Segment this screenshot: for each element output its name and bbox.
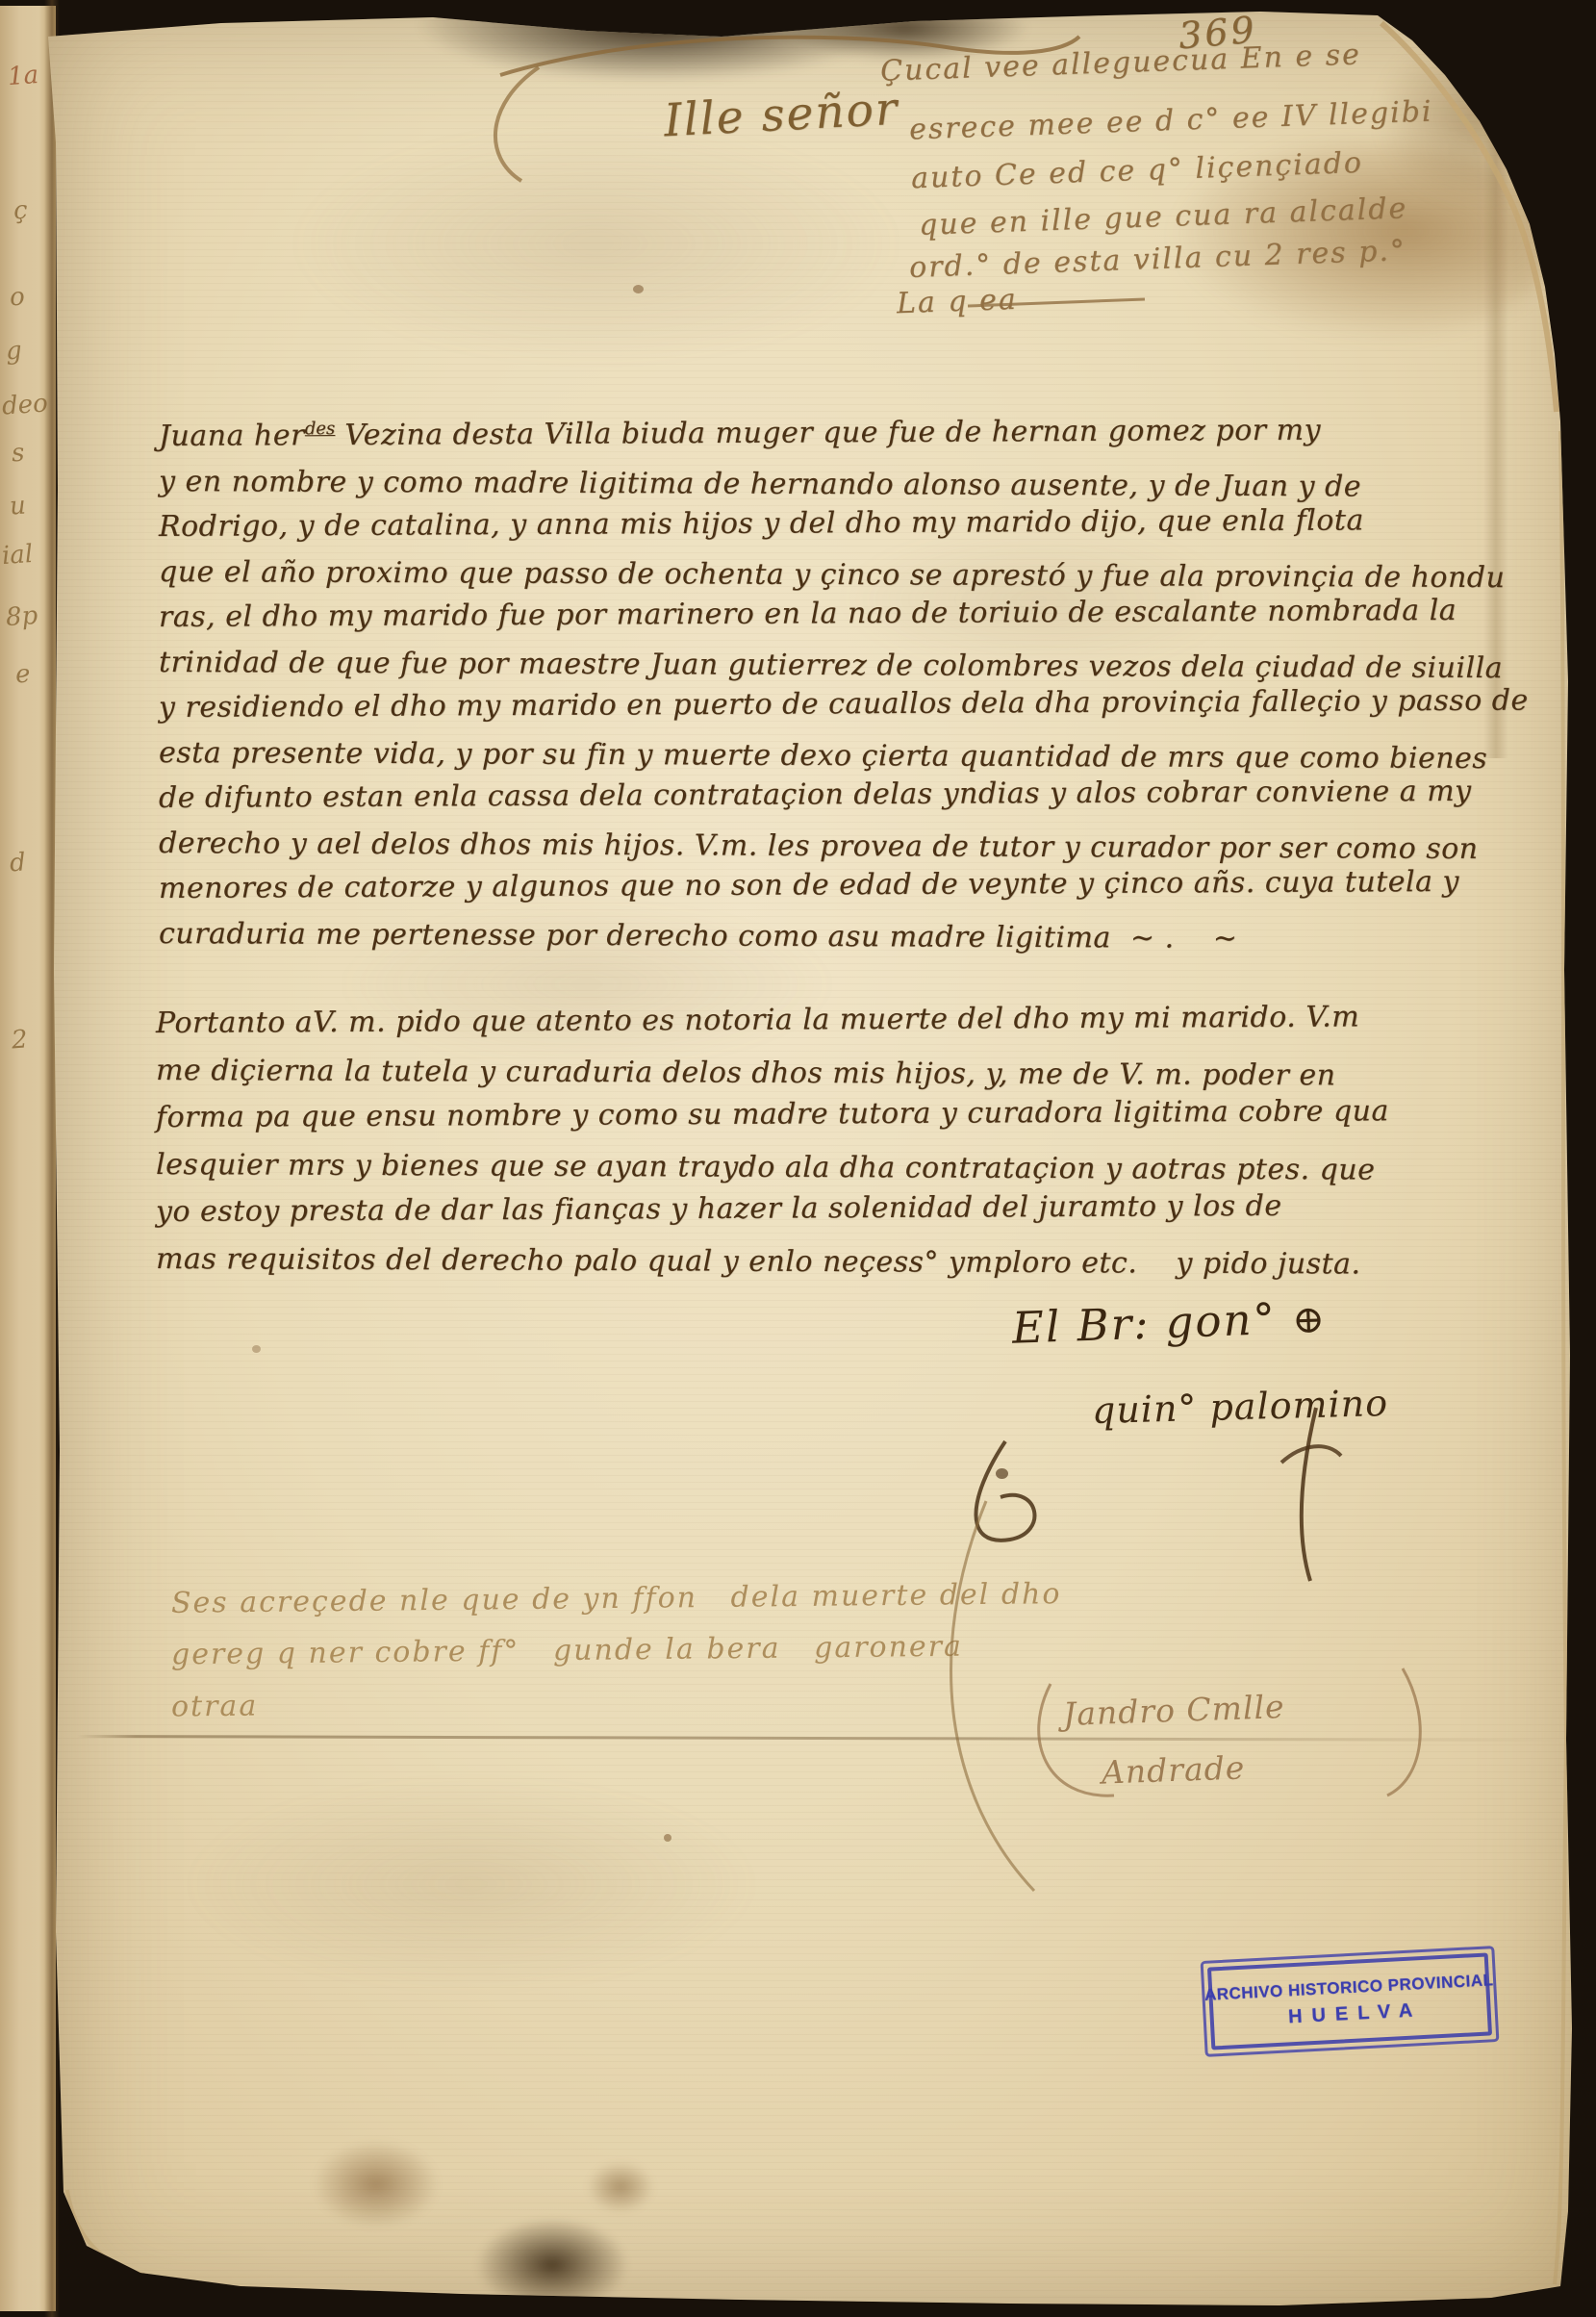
ink-spot — [252, 1345, 261, 1353]
text-line: y residiendo el dho my marido en puerto … — [159, 684, 1529, 736]
text-line: yo estoy presta de dar las fianças y haz… — [156, 1188, 1389, 1242]
stain — [587, 2161, 654, 2213]
header-annotation-line: esrece mee ee d c° ee IV llegibi — [909, 95, 1433, 147]
text-line: forma pa que ensu nombre y como su madre… — [156, 1094, 1389, 1148]
archive-stamp: ARCHIVO HISTORICO PROVINCIAL HUELVA — [1201, 1946, 1500, 2057]
margin-ink-fragment: d — [9, 848, 27, 878]
header-annotation-line: ord.° de esta villa cu 2 res p.° — [909, 234, 1407, 285]
petition-paragraph-2: Portanto aV. m. pido que atento es notor… — [156, 1006, 1389, 1289]
margin-ink-fragment: o — [9, 282, 26, 312]
notary-signature-secondary: quin° palomino — [1091, 1382, 1388, 1432]
stamp-city-name: HUELVA — [1279, 1999, 1423, 2029]
superscript-abbreviation: des — [305, 419, 336, 439]
text-line: ras, el dho my marido fue por marinero e… — [159, 594, 1529, 646]
text-line: menores de catorze y algunos que no son … — [159, 865, 1529, 917]
ink-bleedthrough — [183, 1778, 760, 1990]
stain — [313, 2140, 440, 2228]
manuscript-page: 369 Ille señor Çucal vee alleguecua En e… — [48, 8, 1596, 2311]
text-line: Portanto aV. m. pido que atento es notor… — [156, 1000, 1389, 1054]
header-annotation-line: auto Ce ed ce q° liçençiado — [911, 146, 1364, 195]
header-annotation-line: La q ea — [896, 283, 1018, 320]
text-line: de difunto estan enla cassa dela contrat… — [159, 775, 1529, 827]
text-segment: Vezina desta Villa biuda muger que fue d… — [335, 414, 1321, 452]
fold-crease — [77, 1735, 1563, 1742]
stain — [477, 2219, 627, 2311]
note-signature-2: Andrade — [1101, 1748, 1246, 1791]
header-curl-icon — [495, 67, 539, 181]
petition-paragraph-1: Juana herdes Vezina desta Villa biuda mu… — [159, 420, 1529, 962]
note-signature-1: Jandro Cmlle — [1062, 1688, 1285, 1733]
margin-ink-fragment: g — [5, 336, 23, 366]
header-annotation-line: que en ille gue cua ra alcalde — [919, 191, 1408, 242]
signature-text: El Br: gon° — [1011, 1293, 1293, 1354]
ink-spot — [996, 1468, 1008, 1479]
page-edge-line — [67, 2190, 164, 2279]
manuscript-scan: 1a ç o g deo s u ial 8p e d 2 369 — [0, 0, 1596, 2317]
rubric-flourish-right-icon — [1281, 1446, 1341, 1463]
text-line: curaduria me pertenesse por derecho como… — [159, 917, 1529, 968]
notary-cross-icon: ⊕ — [1291, 1297, 1327, 1342]
margin-ink-fragment: s — [11, 439, 25, 469]
margin-ink-fragment: u — [9, 491, 27, 521]
text-line: Juana herdes Vezina desta Villa biuda mu… — [159, 413, 1529, 465]
text-segment: Juana her — [159, 419, 305, 453]
pen-slash-icon — [951, 1501, 1034, 1891]
rubric-flourish-left-icon — [975, 1441, 1034, 1540]
margin-ink-fragment: ç — [13, 196, 29, 226]
margin-ink-fragment: ial — [1, 540, 34, 571]
rubric-flourish-right-icon — [1302, 1408, 1316, 1581]
ink-spot — [633, 285, 644, 293]
marginal-note-line: Ses acreçede nle que de yn ffon dela mue… — [171, 1577, 1062, 1620]
notary-signature-primary: El Br: gon° ⊕ — [1011, 1291, 1327, 1353]
margin-ink-fragment: 8p — [5, 601, 38, 632]
margin-ink-fragment: e — [14, 659, 31, 689]
archive-stamp-inner-border: ARCHIVO HISTORICO PROVINCIAL HUELVA — [1207, 1952, 1492, 2050]
text-line: Rodrigo, y de catalina, y anna mis hijos… — [159, 503, 1529, 555]
page-edge-line — [1555, 431, 1566, 2284]
text-line: mas requisitos del derecho palo qual y e… — [156, 1242, 1389, 1295]
note-signature-flourish-icon — [1387, 1668, 1420, 1795]
salutation: Ille señor — [663, 83, 900, 148]
margin-ink-fragment: 2 — [11, 1025, 29, 1055]
marginal-note-line: gereg q ner cobre ff° gunde la bera garo… — [171, 1630, 963, 1672]
margin-ink-fragment: 1a — [7, 61, 39, 91]
marginal-note-line: otraa — [171, 1690, 259, 1724]
ink-spot — [664, 1834, 671, 1842]
header-annotation-line: Çucal vee alleguecua En e se — [880, 38, 1362, 88]
stain — [414, 0, 895, 83]
ink-bleedthrough — [289, 123, 904, 364]
margin-ink-fragment: deo — [1, 389, 49, 420]
stamp-archive-name: ARCHIVO HISTORICO PROVINCIAL — [1204, 1971, 1494, 2005]
